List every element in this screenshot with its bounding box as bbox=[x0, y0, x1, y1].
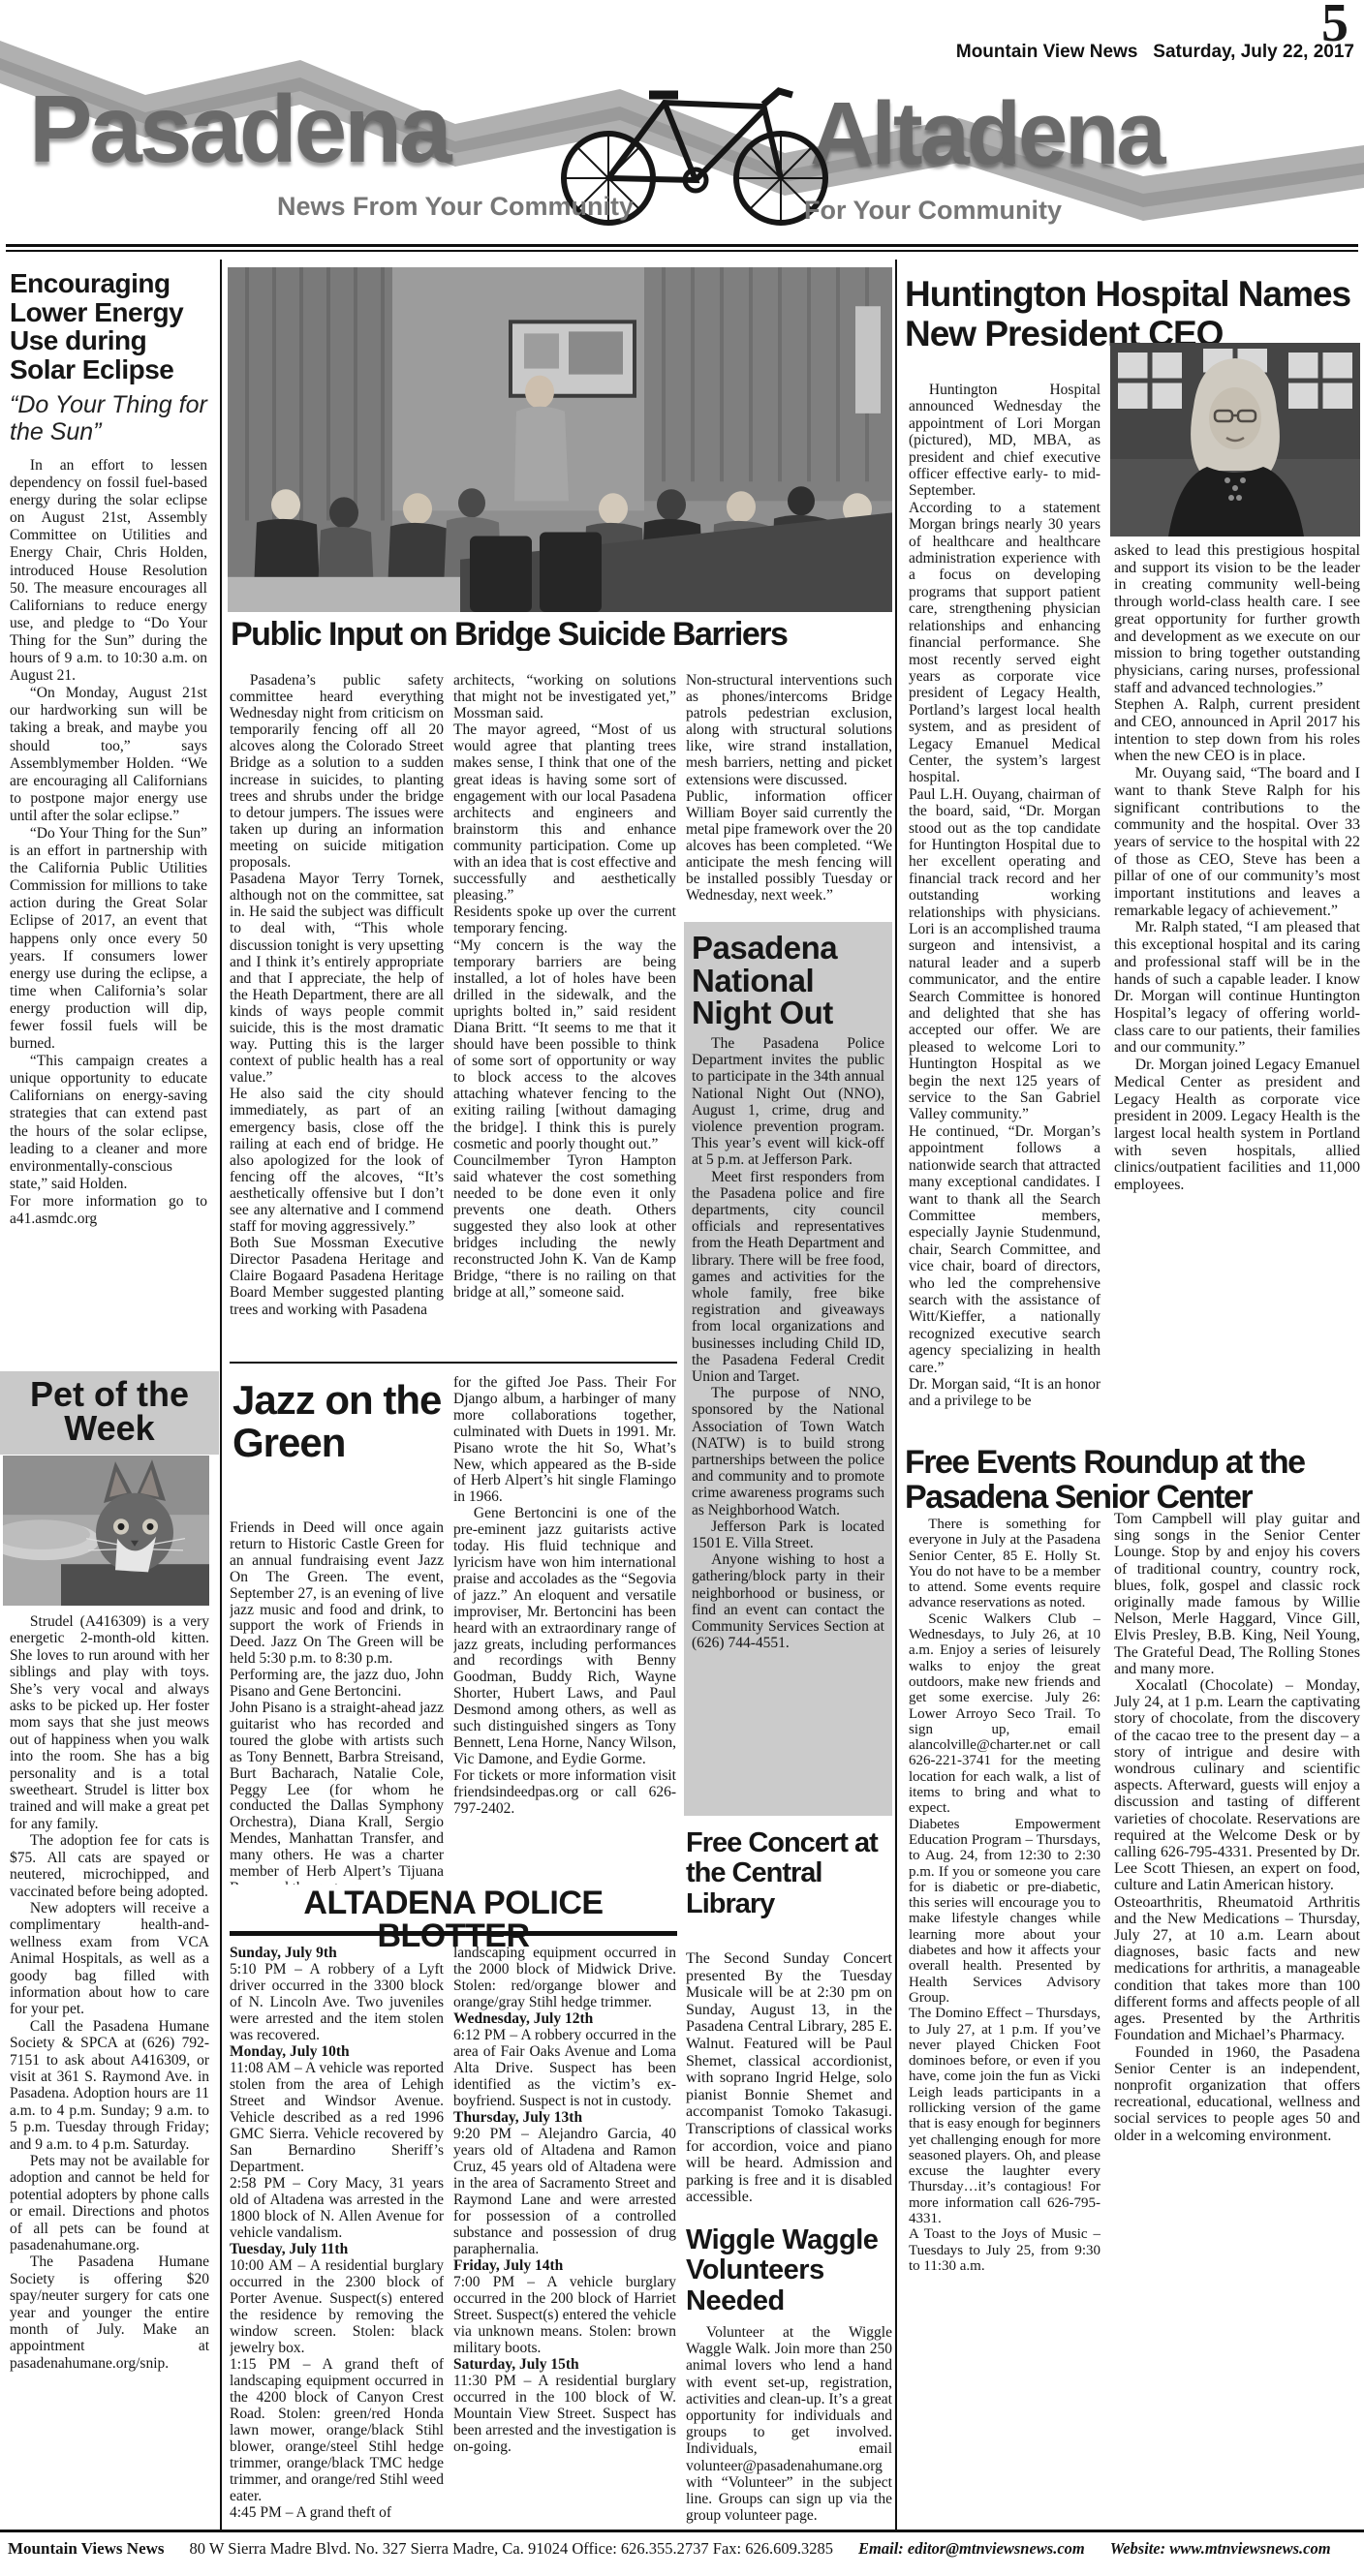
column-rule-right bbox=[895, 260, 897, 2530]
footer: Mountain Views News 80 W Sierra Madre Bl… bbox=[8, 2539, 1356, 2559]
lori-morgan-portrait-photo bbox=[1110, 343, 1360, 537]
column-rule-left bbox=[220, 260, 222, 2530]
huntington-article-col2: asked to lead this prestigious hospital … bbox=[1114, 542, 1360, 1455]
masthead-tagline-left: News From Your Community bbox=[277, 194, 634, 220]
jazz-article-col1: Friends in Deed will once again return t… bbox=[230, 1520, 444, 1885]
masthead-title-altadena: Altadena bbox=[810, 89, 1163, 178]
pet-of-week-heading-box: Pet of the Week bbox=[0, 1371, 219, 1455]
footer-email: Email: editor@mtnviewsnews.com bbox=[858, 2539, 1085, 2559]
police-blotter-heading: ALTADENA POLICE BLOTTER bbox=[230, 1886, 677, 1952]
police-blotter-rule bbox=[230, 1931, 677, 1936]
eclipse-article-headline: Encouraging Lower Energy Use during Sola… bbox=[10, 269, 213, 384]
senior-center-headline: Free Events Roundup at the Pasadena Seni… bbox=[905, 1445, 1364, 1515]
wiggle-waggle-body: Volunteer at the Wiggle Waggle Walk. Joi… bbox=[686, 2324, 892, 2530]
senior-center-col2: Tom Campbell will play guitar and sing s… bbox=[1114, 1511, 1360, 2530]
huntington-article-col1: Huntington Hospital announced Wednesday … bbox=[909, 382, 1100, 1455]
pet-of-week-body: Strudel (A416309) is a very energetic 2-… bbox=[10, 1613, 209, 2530]
footer-rule bbox=[0, 2530, 1364, 2532]
wiggle-waggle-heading: Wiggle Waggle Volunteers Needed bbox=[686, 2225, 895, 2316]
council-meeting-photo bbox=[228, 267, 892, 612]
eclipse-article-subhead: “Do Your Thing for the Sun” bbox=[10, 391, 213, 445]
masthead-double-rule bbox=[6, 244, 1358, 252]
footer-paper-name: Mountain Views News bbox=[8, 2539, 165, 2559]
masthead-title-pasadena: Pasadena bbox=[29, 81, 449, 176]
free-concert-body: The Second Sunday Concert presented By t… bbox=[686, 1950, 892, 2220]
bridge-article-col2: architects, “working on solutions that m… bbox=[453, 672, 676, 1354]
bridge-article-col1: Pasadena’s public safety committee heard… bbox=[230, 672, 444, 1354]
footer-address: 80 W Sierra Madre Blvd. No. 327 Sierra M… bbox=[190, 2539, 834, 2559]
masthead-tagline-right: For Your Community bbox=[804, 198, 1062, 224]
footer-website: Website: www.mtnviewsnews.com bbox=[1110, 2539, 1331, 2559]
senior-center-col1: There is something for everyone in July … bbox=[909, 1517, 1100, 2530]
eclipse-article-body: In an effort to lessen dependency on fos… bbox=[10, 457, 207, 1358]
police-blotter-col2: landscaping equipment occurred in the 20… bbox=[453, 1945, 676, 2530]
jazz-article-headline: Jazz on the Green bbox=[232, 1379, 448, 1463]
bridge-article-col3: Non-structural interventions such as pho… bbox=[686, 672, 892, 920]
free-concert-heading: Free Concert at the Central Library bbox=[686, 1828, 895, 1919]
kitten-photo bbox=[3, 1456, 209, 1606]
police-blotter-col1: Sunday, July 9th5:10 PM – A robbery of a… bbox=[230, 1945, 444, 2530]
national-night-out-box: Pasadena National Night Out The Pasadena… bbox=[684, 922, 892, 1816]
national-night-out-body: The Pasadena Police Department invites t… bbox=[692, 1035, 884, 1771]
jazz-article-col2: for the gifted Joe Pass. Their For Djang… bbox=[453, 1375, 676, 1885]
newspaper-page: 5 Mountain View News Saturday, July 22, … bbox=[0, 0, 1364, 2576]
bridge-article-headline: Public Input on Bridge Suicide Barriers bbox=[231, 618, 892, 651]
national-night-out-heading: Pasadena National Night Out bbox=[692, 932, 884, 1029]
pet-of-week-heading: Pet of the Week bbox=[0, 1371, 219, 1446]
section-divider-rule bbox=[230, 1362, 677, 1364]
